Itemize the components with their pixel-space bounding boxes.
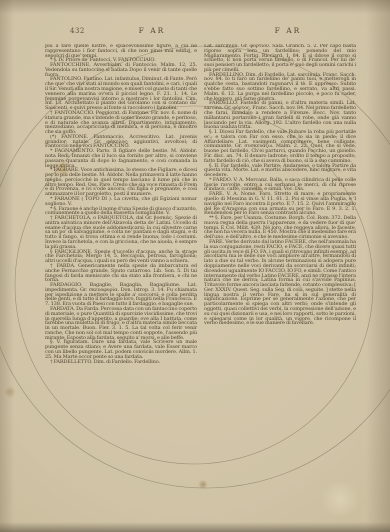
dictionary-entry: FANTOLINO. Fantino. Lat. infantulus, Dim… (45, 77, 197, 110)
dictionary-entry: §. II. Far fardello, vale Partire; Andar… (204, 164, 356, 178)
running-head-right: F AR (275, 26, 302, 35)
running-head-left: F AR (139, 26, 166, 35)
dictionary-entry: FARE. Verbo derivato dal latino FACERE, … (204, 240, 356, 326)
dictionary-entry: FARDELLO. Fastello di panni, o d'altra m… (204, 101, 356, 130)
dictionary-entry: * FAGRARE. Voce antichissima, lo stesso … (45, 168, 197, 197)
dictionary-entry: † FARDELLETTO. Dim. di Fardello. Fardell… (45, 360, 197, 365)
left-column: più a fare quelle lustre, e spiacevoliss… (45, 44, 197, 422)
dictionary-entry: (*) FANTONE. Fantonaccio, Accrescitivo. … (45, 135, 197, 149)
dictionary-entry: † FARDA. Genericamente nella spezie da i… (45, 264, 197, 283)
dictionary-entry: § FARCIGLIONE. Spezie d'uccello d'acqua;… (45, 250, 197, 264)
dictionary-entry: più a fare quelle lustre, e spiacevoliss… (45, 44, 197, 58)
dictionary-entry: * FAGNAMENTO. Parto. Il figliare delle b… (45, 149, 197, 168)
dictionary-entry: FARDAGGIO. Bagaglie, Bagaglia, Bagaglium… (45, 283, 197, 307)
dictionary-entry: † FARCHETOLA, o FARQUETOLA, dal Gr. βοσκ… (45, 216, 197, 249)
text-columns: più a fare quelle lustre, e spiacevoliss… (45, 44, 357, 422)
dictionary-entry: §. V. figuratam. Dare una fardata, vale … (45, 340, 197, 359)
dictionary-entry: * FARDO. V. A. Mercanz. Balla, o saca ci… (204, 178, 356, 192)
dictionary-entry: Lat. sarcinula. Gr. φορτίον. Sala. Granc… (204, 44, 356, 73)
dictionary-entry: FARDATA. Da Farda. Percossa data con un … (45, 307, 197, 340)
dictionary-entry: FARE. V. A. Nome. Faro, Stretto di mare;… (204, 192, 356, 216)
dictionary-entry: † FANTONACCIO. Peggiorat. di Fantone. Fi… (45, 111, 197, 135)
page-number: 432 (70, 27, 85, 35)
dictionary-entry: §. I. Dicesi Far fardello, che vale Ruba… (204, 130, 356, 163)
book-page: 432 F AR F AR più a fare quelle lustre, … (0, 0, 390, 532)
right-column: Lat. sarcinula. Gr. φορτίον. Sala. Granc… (204, 44, 356, 422)
dictionary-entry: ** §. Fare, per Usanza, Costume. Borgh. … (204, 216, 356, 240)
dictionary-entry: FARDELLINO. Dim. di Fardello. Lat. sarci… (204, 73, 356, 102)
